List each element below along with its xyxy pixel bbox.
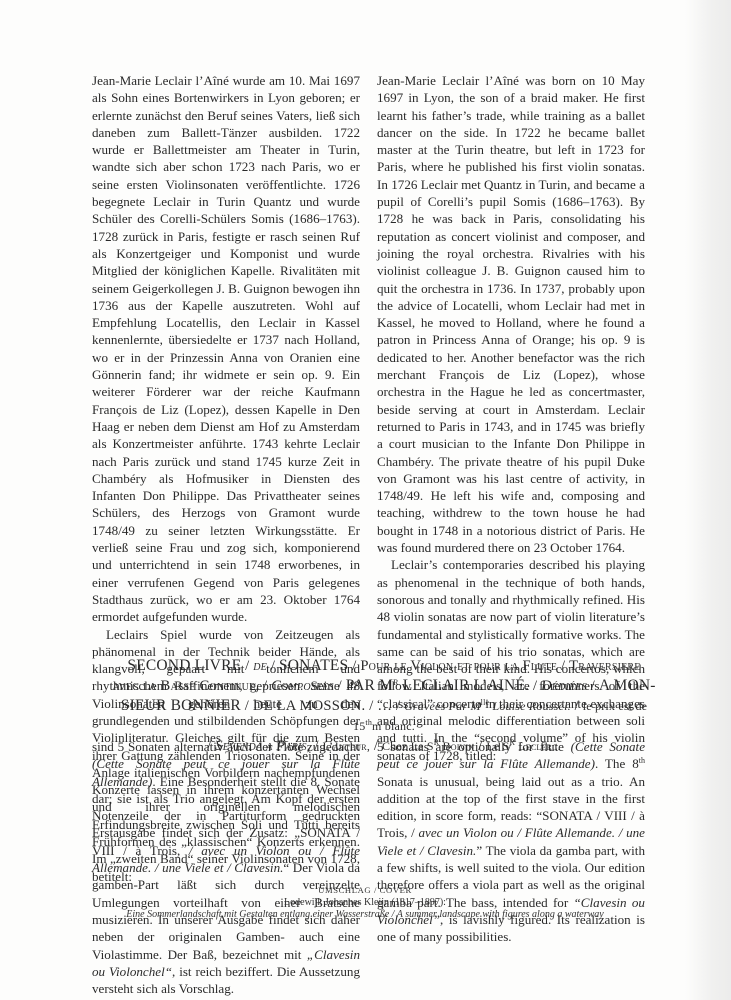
cover-credit: UMSCHLAG / COVER Lodewijk Johannes Kleij… <box>60 884 670 922</box>
title-sonates: SONATES <box>279 657 348 674</box>
title-de-la-mosson: DE LA MOSSON. <box>253 698 365 714</box>
english-biography-paragraph: Jean-Marie Leclair l’Aîné was born on 10… <box>377 72 645 556</box>
separator: / <box>587 678 599 694</box>
german-biography-paragraph: Jean-Marie Leclair l’Aîné wurde am 10. M… <box>92 72 360 626</box>
title-de: de <box>253 658 267 674</box>
separator: / <box>259 678 271 694</box>
title-par-m: PAR M <box>346 677 393 694</box>
german-text-column-bottom: sind 5 Sonaten alternativ auch der Flöte… <box>92 738 360 997</box>
title-leclair: LECLAIR L’AINÉ. <box>399 677 530 694</box>
title-line-2: avec la Basse Continue, / Composees / PA… <box>110 676 658 696</box>
title-second-livre: SECOND LIVRE <box>127 657 241 674</box>
title-sieur-bonnier: SIEUR BONNIER <box>121 697 241 714</box>
separator: / <box>365 698 377 714</box>
separator: / <box>241 698 253 714</box>
title-pour-le-violon: Pour le Violon et pour la Flute <box>360 658 557 674</box>
title-composees: Composees <box>271 678 334 694</box>
title-louise-roussel: Louise Roussel. <box>489 699 571 713</box>
title-gravees: Gravées Par M <box>404 699 481 713</box>
superscript: th <box>639 756 645 765</box>
title-a-monsieur: A MON- <box>599 677 656 694</box>
text-run: sind 5 Sonaten alternativ auch der Flöte… <box>92 739 360 754</box>
title-traversiere: Traversiere <box>569 658 641 674</box>
text-run: . The 8 <box>595 756 639 771</box>
german-edition-paragraph: sind 5 Sonaten alternativ auch der Flöte… <box>92 738 360 997</box>
separator: / <box>557 658 569 674</box>
separator: / <box>571 698 583 714</box>
separator: / <box>267 658 279 674</box>
cover-artist: Lodewijk Johannes Kleijn (1817–1897): <box>60 897 670 910</box>
title-line-3: SIEUR BONNIER / DE LA MOSSON. / … / Grav… <box>110 696 658 736</box>
separator: / <box>529 678 541 694</box>
title-dediees: Dédiées <box>541 678 587 694</box>
separator: / <box>334 678 346 694</box>
cover-caption: Eine Sommerlandschaft mit Gestalten entl… <box>60 909 670 922</box>
title-blanc: m blanc. <box>372 719 415 733</box>
title-ellipsis: … <box>377 698 392 714</box>
cover-label: UMSCHLAG / COVER <box>60 884 670 897</box>
separator: / <box>241 658 253 674</box>
page-edge-shadow <box>685 0 731 1000</box>
text-run: 5 sonatas are optionally for flute <box>377 739 571 754</box>
title-basse-continue: avec la Basse Continue, <box>112 678 259 694</box>
title-line-1: SECOND LIVRE / de / SONATES / Pour le Vi… <box>110 656 658 676</box>
separator: / <box>392 698 404 714</box>
superscript: lle <box>481 698 490 707</box>
separator: / <box>348 658 360 674</box>
